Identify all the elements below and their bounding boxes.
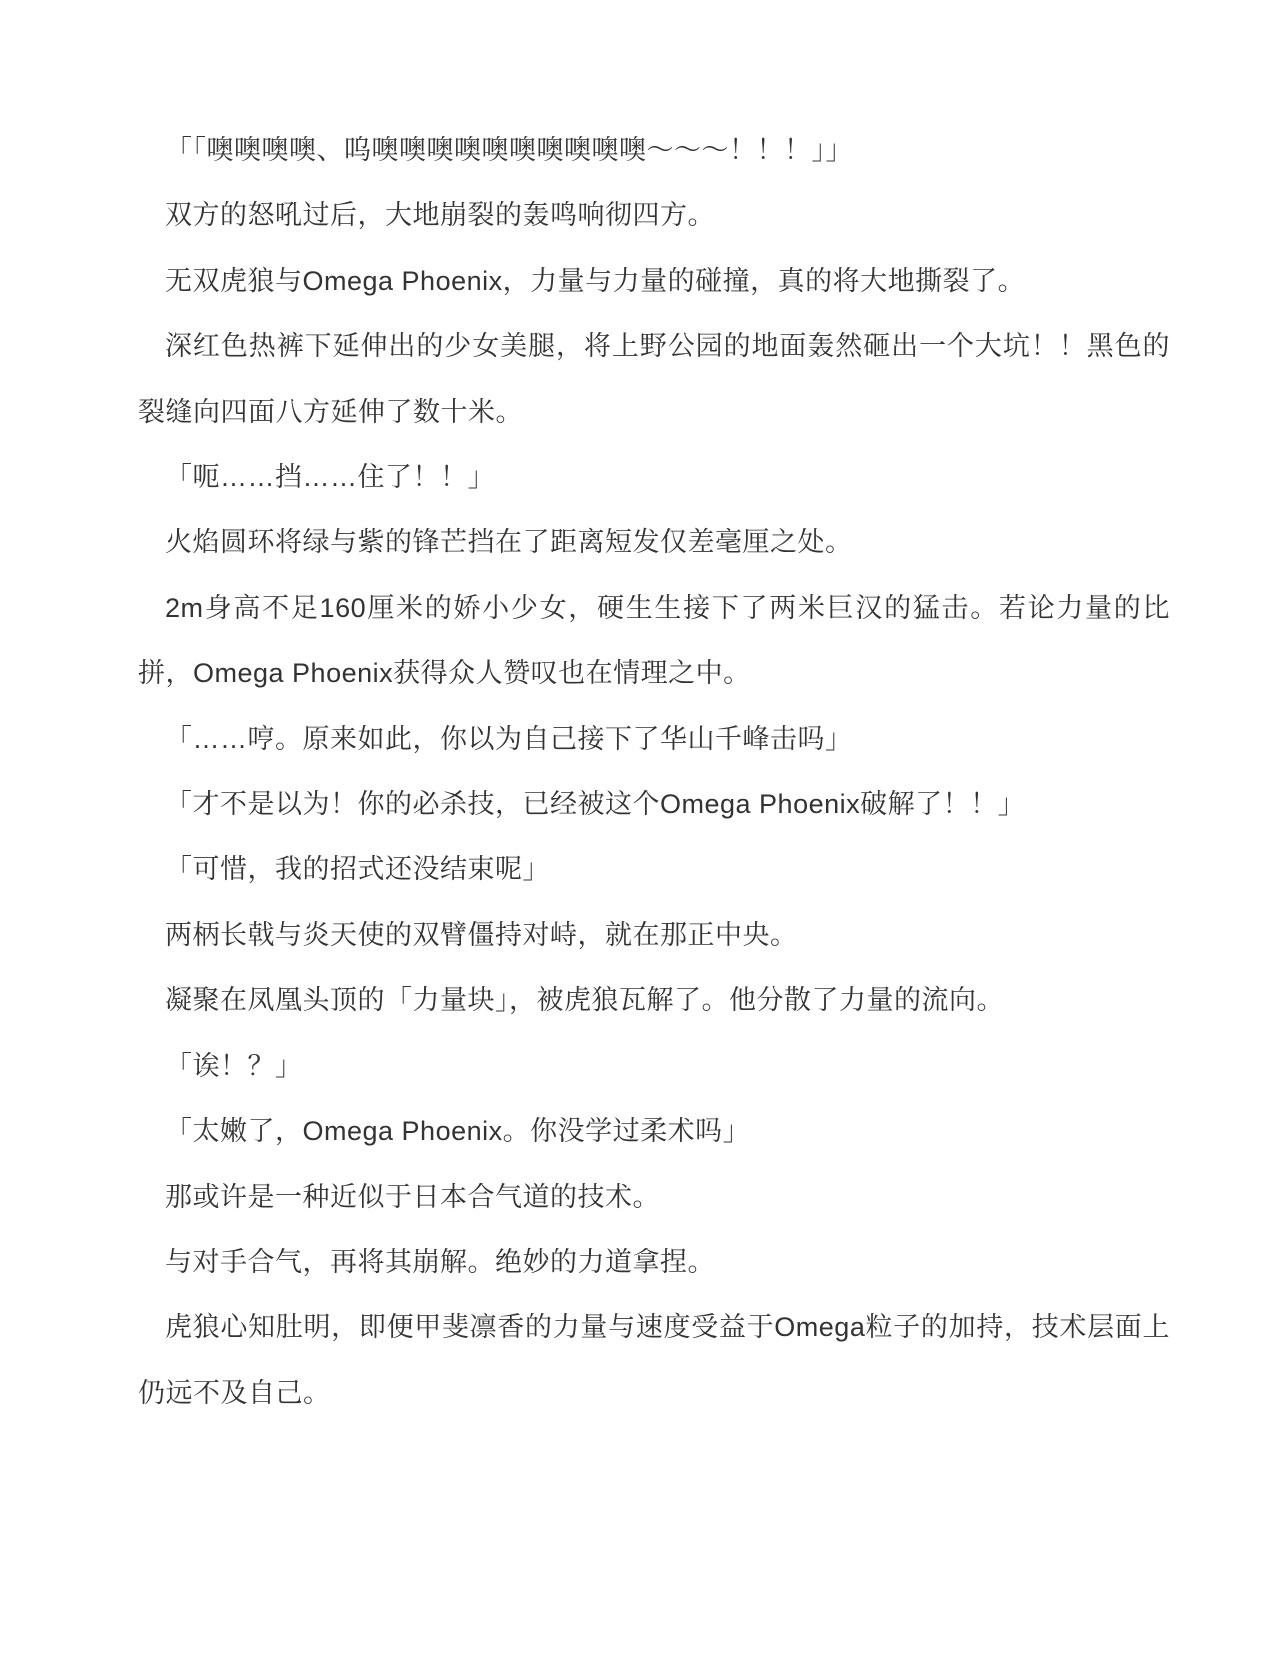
- paragraph-6: 火焰圆环将绿与紫的锋芒挡在了距离短发仅差毫厘之处。: [138, 510, 1170, 575]
- paragraph-13: 「诶！？」: [138, 1034, 1170, 1099]
- paragraph-14: 「太嫩了，Omega Phoenix。你没学过柔术吗」: [138, 1099, 1170, 1164]
- paragraph-9: 「才不是以为！你的必杀技，已经被这个Omega Phoenix破解了！！」: [138, 772, 1170, 837]
- paragraph-4: 深红色热裤下延伸出的少女美腿，将上野公园的地面轰然砸出一个大坑！！黑色的裂缝向四…: [138, 314, 1170, 445]
- paragraph-17: 虎狼心知肚明，即便甲斐凛香的力量与速度受益于Omega粒子的加持，技术层面上仍远…: [138, 1295, 1170, 1426]
- paragraph-16: 与对手合气，再将其崩解。绝妙的力道拿捏。: [138, 1230, 1170, 1295]
- page-text: 「「噢噢噢噢、呜噢噢噢噢噢噢噢噢噢噢～～～！！！」」 双方的怒吼过后，大地崩裂的…: [138, 118, 1170, 1426]
- paragraph-7: 2m身高不足160厘米的娇小少女，硬生生接下了两米巨汉的猛击。若论力量的比拼，O…: [138, 576, 1170, 707]
- paragraph-10: 「可惜，我的招式还没结束呢」: [138, 837, 1170, 902]
- paragraph-12: 凝聚在凤凰头顶的「力量块」，被虎狼瓦解了。他分散了力量的流向。: [138, 968, 1170, 1033]
- paragraph-15: 那或许是一种近似于日本合气道的技术。: [138, 1165, 1170, 1230]
- paragraph-3: 无双虎狼与Omega Phoenix，力量与力量的碰撞，真的将大地撕裂了。: [138, 249, 1170, 314]
- paragraph-1: 「「噢噢噢噢、呜噢噢噢噢噢噢噢噢噢噢～～～！！！」」: [138, 118, 1170, 183]
- paragraph-8: 「……哼。原来如此，你以为自己接下了华山千峰击吗」: [138, 707, 1170, 772]
- paragraph-5: 「呃……挡……住了！！」: [138, 445, 1170, 510]
- novel-page: 「「噢噢噢噢、呜噢噢噢噢噢噢噢噢噢噢～～～！！！」」 双方的怒吼过后，大地崩裂的…: [0, 0, 1280, 1656]
- paragraph-2: 双方的怒吼过后，大地崩裂的轰鸣响彻四方。: [138, 183, 1170, 248]
- paragraph-11: 两柄长戟与炎天使的双臂僵持对峙，就在那正中央。: [138, 903, 1170, 968]
